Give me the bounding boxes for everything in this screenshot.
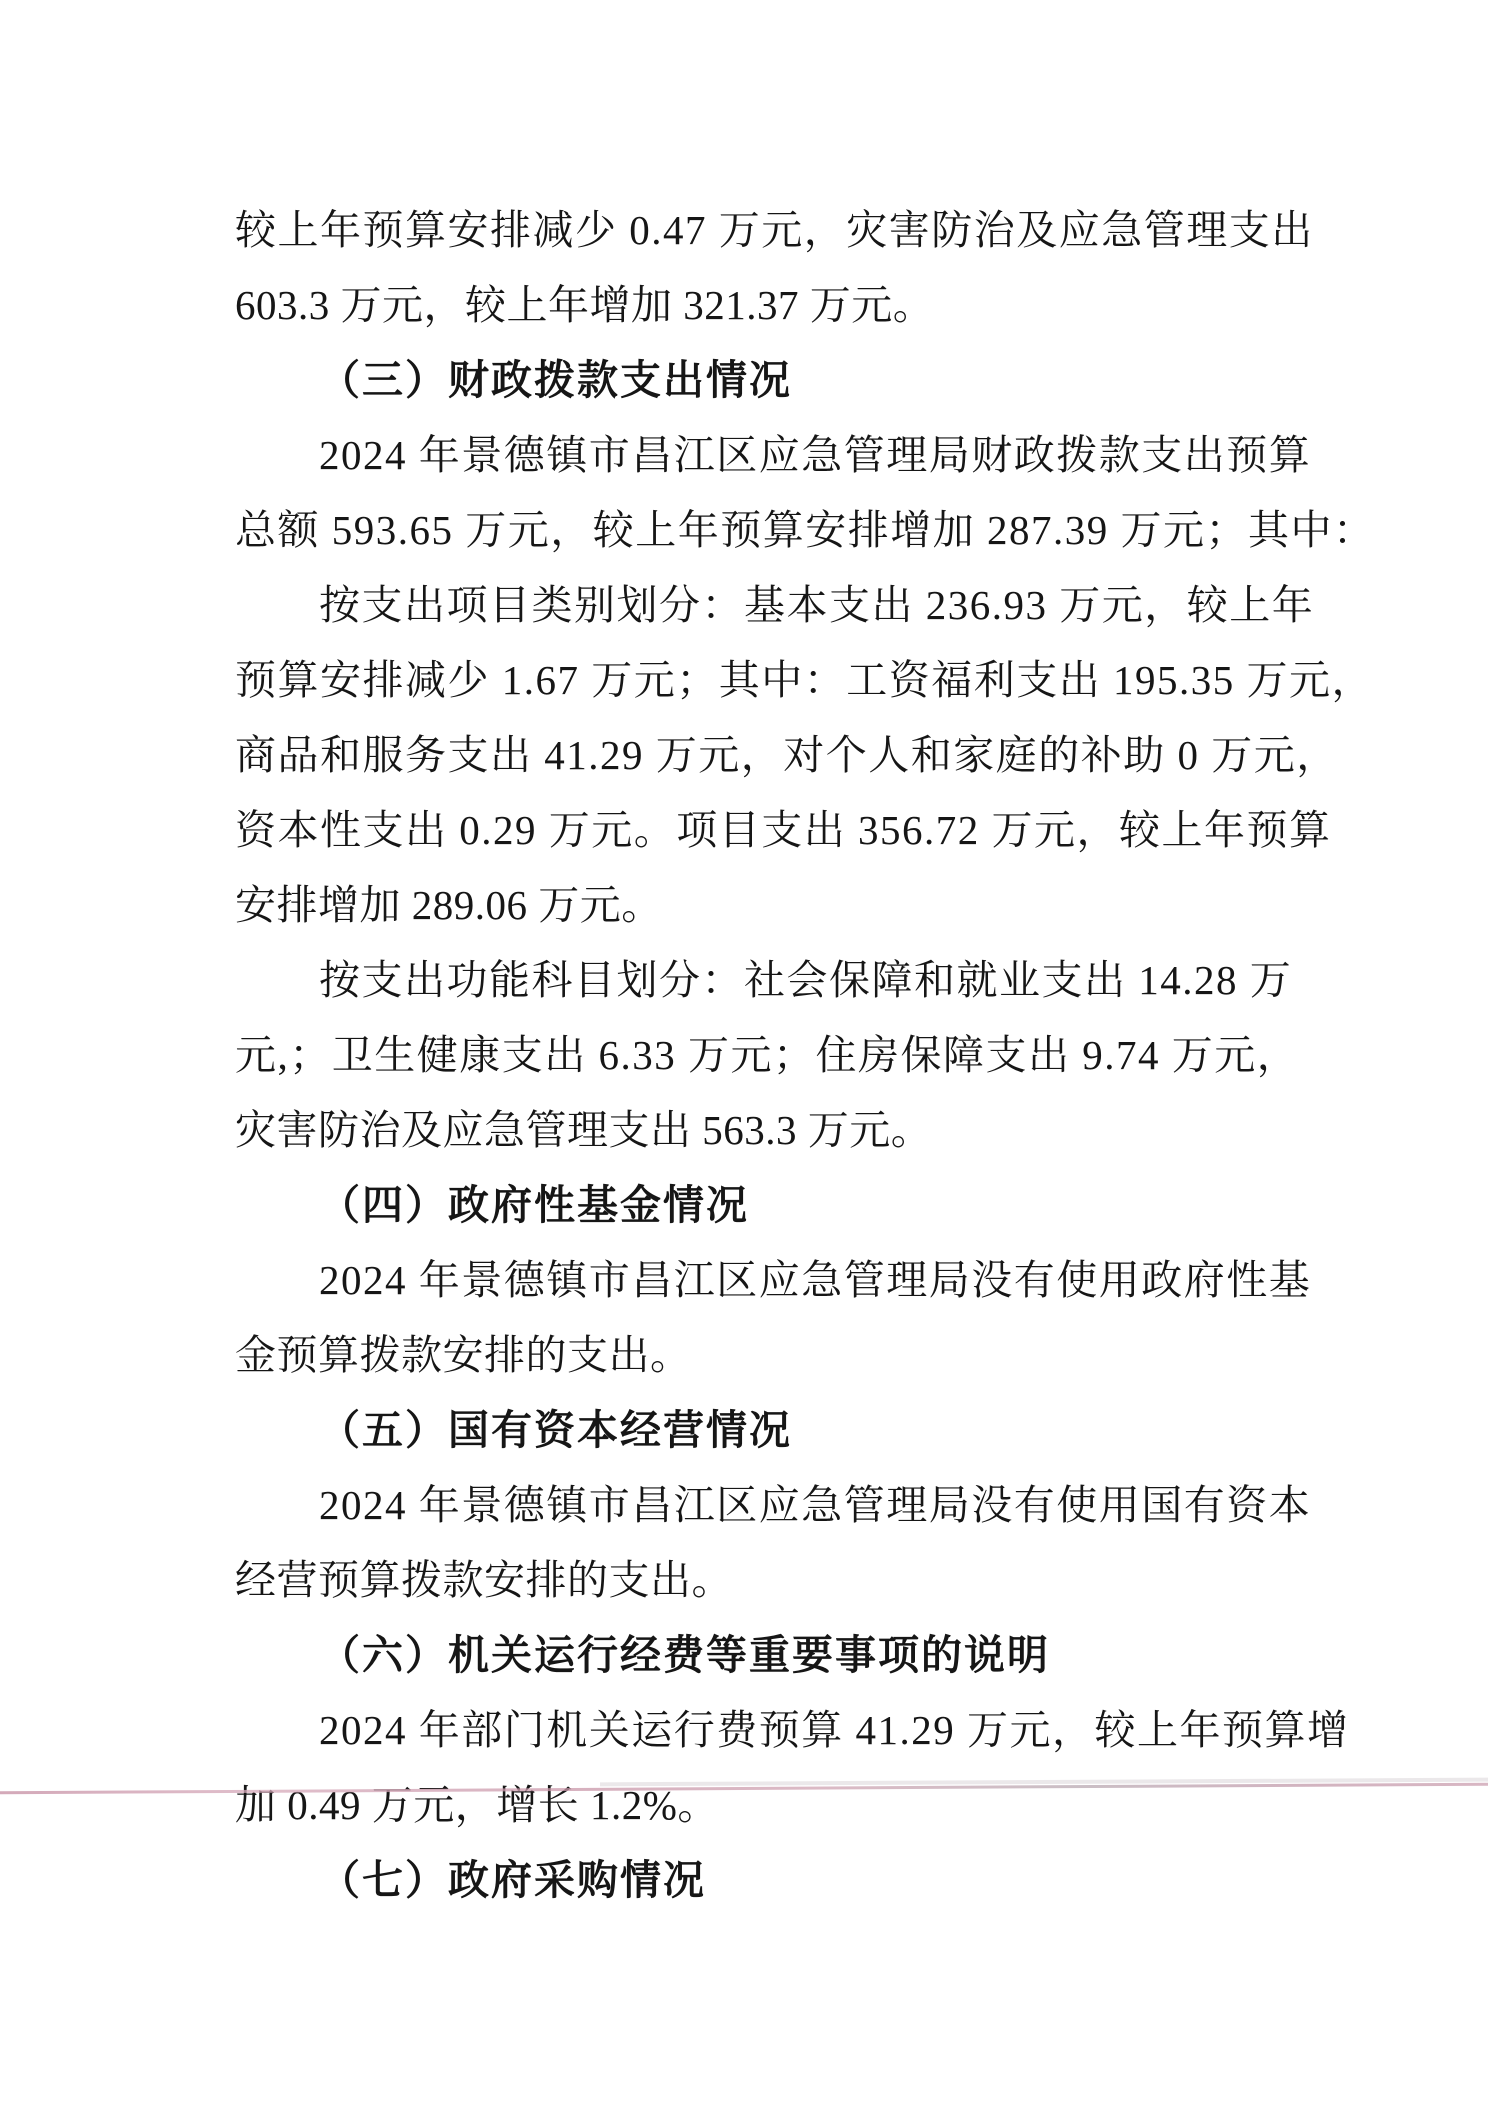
text-line: 603.3 万元，较上年增加 321.37 万元。 bbox=[235, 268, 1275, 343]
text-line: 较上年预算安排减少 0.47 万元，灾害防治及应急管理支出 bbox=[235, 193, 1275, 268]
text-line: 元,；卫生健康支出 6.33 万元；住房保障支出 9.74 万元， bbox=[235, 1018, 1275, 1093]
text-line: 2024 年景德镇市昌江区应急管理局财政拨款支出预算 bbox=[235, 418, 1275, 493]
section-heading: （七）政府采购情况 bbox=[235, 1843, 1275, 1918]
text-line: 加 0.49 万元，增长 1.2%。 bbox=[235, 1768, 1275, 1843]
section-heading: （五）国有资本经营情况 bbox=[235, 1393, 1275, 1468]
text-line: 按支出项目类别划分：基本支出 236.93 万元，较上年 bbox=[235, 568, 1275, 643]
text-line: 资本性支出 0.29 万元。项目支出 356.72 万元，较上年预算 bbox=[235, 793, 1275, 868]
section-heading: （三）财政拨款支出情况 bbox=[235, 343, 1275, 418]
text-line: 2024 年景德镇市昌江区应急管理局没有使用政府性基 bbox=[235, 1243, 1275, 1318]
document-page: 较上年预算安排减少 0.47 万元，灾害防治及应急管理支出 603.3 万元，较… bbox=[0, 0, 1488, 2104]
text-line: 2024 年部门机关运行费预算 41.29 万元，较上年预算增 bbox=[235, 1693, 1275, 1768]
section-heading: （四）政府性基金情况 bbox=[235, 1168, 1275, 1243]
text-line: 2024 年景德镇市昌江区应急管理局没有使用国有资本 bbox=[235, 1468, 1275, 1543]
text-line: 预算安排减少 1.67 万元；其中：工资福利支出 195.35 万元， bbox=[235, 643, 1275, 718]
text-line: 金预算拨款安排的支出。 bbox=[235, 1318, 1275, 1393]
text-line: 灾害防治及应急管理支出 563.3 万元。 bbox=[235, 1093, 1275, 1168]
text-line: 经营预算拨款安排的支出。 bbox=[235, 1543, 1275, 1618]
section-heading: （六）机关运行经费等重要事项的说明 bbox=[235, 1618, 1275, 1693]
document-text-block: 较上年预算安排减少 0.47 万元，灾害防治及应急管理支出 603.3 万元，较… bbox=[235, 193, 1275, 1918]
text-line: 按支出功能科目划分：社会保障和就业支出 14.28 万 bbox=[235, 943, 1275, 1018]
text-line: 总额 593.65 万元，较上年预算安排增加 287.39 万元；其中： bbox=[235, 493, 1275, 568]
text-line: 商品和服务支出 41.29 万元，对个人和家庭的补助 0 万元， bbox=[235, 718, 1275, 793]
text-line: 安排增加 289.06 万元。 bbox=[235, 868, 1275, 943]
